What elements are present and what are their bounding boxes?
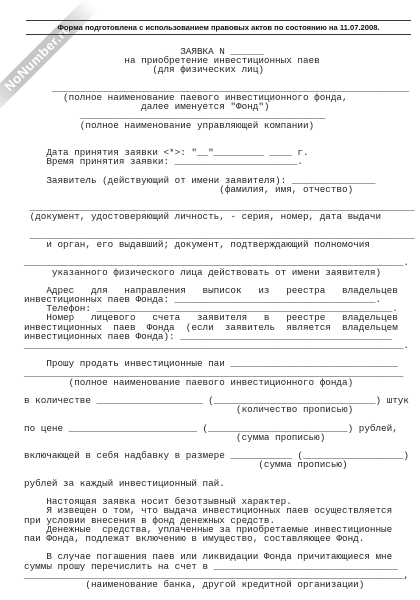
doc-line: указанного физического лица действовать …: [24, 268, 420, 277]
document-page: NoNumber.ru Форма подготовлена с использ…: [0, 0, 420, 600]
doc-line: (сумма прописью): [24, 460, 420, 469]
doc-line: (наименование банка, другой кредитной ор…: [24, 580, 420, 589]
document-body: ЗАЯВКА N ______ на приобретение инвестиц…: [24, 47, 420, 589]
form-header: Форма подготовлена с использованием прав…: [26, 20, 411, 35]
doc-line: паи Фонда, подлежат включению в имуществ…: [24, 534, 420, 543]
doc-line: [24, 130, 420, 139]
doc-line: (полное наименование паевого инвестицион…: [24, 378, 420, 387]
doc-line: (количество прописью): [24, 405, 420, 414]
doc-line: (документ, удостоверяющий личность, - се…: [24, 212, 420, 221]
doc-line: рублей за каждый инвестиционный пай.: [24, 479, 420, 488]
doc-line: (для физических лиц): [24, 65, 420, 74]
doc-line: (полное наименование управляющей компани…: [24, 121, 420, 130]
doc-line: (фамилия, имя, отчество): [24, 185, 420, 194]
doc-line: (сумма прописью): [24, 433, 420, 442]
doc-line: Время принятия заявки: _________________…: [24, 157, 420, 166]
doc-line: ________________________________________…: [24, 341, 420, 350]
form-header-text: Форма подготовлена с использованием прав…: [57, 23, 379, 32]
doc-line: и орган, его выдавший; документ, подтвер…: [24, 240, 420, 249]
